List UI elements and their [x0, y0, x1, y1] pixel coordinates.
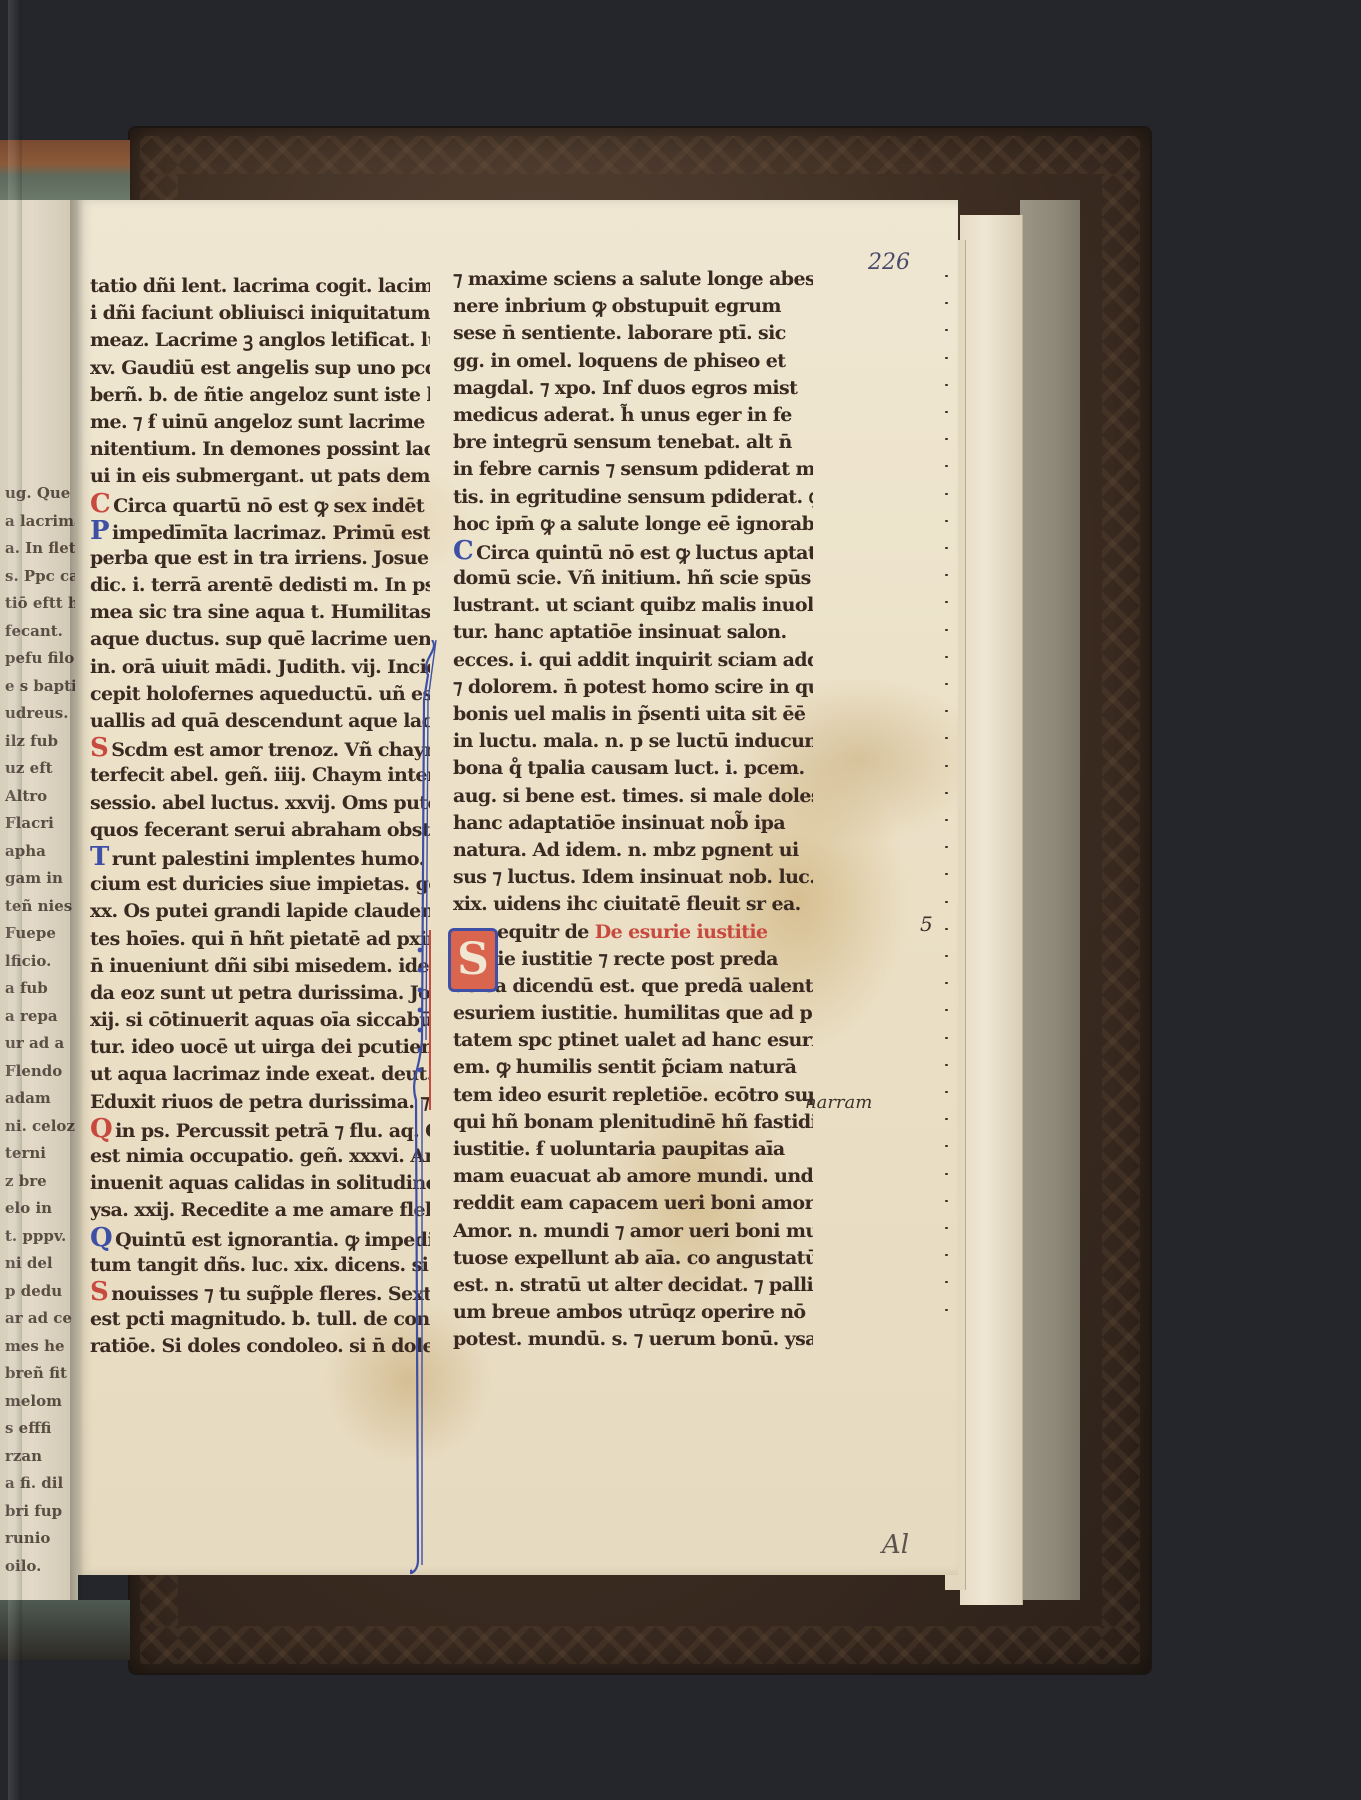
pricking-hole [945, 955, 948, 957]
line-text: qui hñ bonam plenitudinē hñ fastidiū [453, 1111, 813, 1133]
text-line: est pcti magnitudo. b. tull. de conside [90, 1306, 430, 1333]
line-text: gg. in omel. loquens de phiseo et [453, 350, 785, 372]
line-text: Quintū est ignorantia. ꝙ impedimē [115, 1229, 430, 1251]
text-line: ⁊ maxime sciens a salute longe abesse [453, 266, 813, 293]
folio-number: 226 [868, 250, 910, 275]
line-text: tum tangit dñs. luc. xix. dicens. si cog [90, 1254, 430, 1276]
pricking-hole [945, 792, 948, 794]
spine-gutter-shadow [70, 200, 84, 1600]
text-line: tuose expellunt ab aīa. co angustatū [453, 1245, 813, 1272]
line-text: in. orā uiuit mādi. Judith. vij. Incidi [90, 656, 430, 678]
line-text: cepit holofernes aqueductū. uñ est [90, 683, 430, 705]
paragraph-mark-initial: Q [90, 1225, 112, 1252]
text-line: medicus aderat. h̃ unus eger in fe [453, 402, 813, 429]
pricking-hole [945, 1091, 948, 1093]
line-text: tur. ideo uocē ut uirga dei pcutient. [90, 1036, 430, 1058]
rubric-heading: De esurie iustitie [595, 921, 768, 943]
text-line: tes hoīes. qui n̄ hñt pietatē ad pximi [90, 926, 430, 953]
text-line: sese n̄ sentiente. laborare ptī. sic [453, 320, 813, 347]
pricking-hole [945, 683, 948, 685]
line-text: me. ⁊ ẜ uinū angeloz sunt lacrime pe [90, 411, 430, 433]
line-text: Circa quartū nō est ꝙ sex indēt [113, 495, 424, 517]
pricking-hole [945, 1037, 948, 1039]
text-line: lustrant. ut sciant quibz malis inuolua [453, 592, 813, 619]
line-text: impedīmīta lacrimaz. Primū est su [112, 522, 430, 544]
text-line: ratiōe. Si doles condoleo. si n̄ doleo t… [90, 1333, 430, 1360]
line-text: ecces. i. qui addit inquirit sciam addit [453, 649, 813, 671]
paragraph-mark-initial: S [90, 735, 108, 762]
line-text: Eduxit riuos de petra durissima. ⁊ [90, 1091, 429, 1113]
text-column-left: tatio dñi lent. lacrima cogit. lacimei d… [90, 273, 430, 1361]
page-edge-light [960, 215, 1023, 1605]
pricking-hole [945, 357, 948, 359]
pricking-hole [945, 1200, 948, 1202]
line-text: uallis ad quā descendunt aque lacimaz. [90, 710, 430, 732]
text-line: um breue ambos utrūqz operire nō [453, 1299, 813, 1326]
paragraph-mark-initial: C [453, 538, 473, 565]
line-text: nitentium. In demones possint lacime. [90, 438, 430, 460]
line-text: nouisses ⁊ tu sup̃ple fleres. Sextum [111, 1283, 430, 1305]
text-line: esuriem iustitie. humilitas que ad paup [453, 1000, 813, 1027]
text-line: perba que est in tra irriens. Josue. xv.… [90, 545, 430, 572]
text-line: cepit holofernes aqueductū. uñ est [90, 681, 430, 708]
text-line: mea sic tra sine aqua t. Humilitas est q… [90, 599, 430, 626]
text-line: meaz. Lacrime ꝫ anglos letificat. luc. [90, 327, 430, 354]
pricking-hole [945, 1227, 948, 1229]
text-line: aque ductus. sup quē lacrime ueniūt [90, 626, 430, 653]
line-text: mam euacuat ab amore mundi. unde [453, 1165, 813, 1187]
pricking-hole [945, 901, 948, 903]
line-text: ⁊ maxime sciens a salute longe abesse [453, 268, 813, 290]
text-column-right: ⁊ maxime sciens a salute longe abessener… [453, 266, 813, 1354]
text-line: quos fecerant serui abraham obstruxe [90, 817, 430, 844]
text-line: Qin ps. Percussit petrā ⁊ flu. aq. Quart [90, 1116, 430, 1143]
pricking-hole [945, 819, 948, 821]
line-text: um breue ambos utrūqz operire nō [453, 1301, 806, 1323]
text-line: de ea dicendū est. que predā ualent ad [453, 973, 813, 1000]
text-line: in. orā uiuit mādi. Judith. vij. Incidi [90, 654, 430, 681]
line-text: quos fecerant serui abraham obstruxe [90, 819, 430, 841]
text-line: bonis uel malis in p̃senti uita sit ēē [453, 701, 813, 728]
paragraph-mark-initial: T [90, 844, 109, 871]
paragraph-mark-initial: C [90, 491, 110, 518]
text-line: iustitie. ẜ uoluntaria paupitas aīa [453, 1136, 813, 1163]
text-line: natura. Ad idem. n. mbz pgnent ui [453, 837, 813, 864]
text-line: tatem spc ptinet ualet ad hanc esuri [453, 1027, 813, 1054]
line-text: Amor. n. mundi ⁊ amor ueri boni mu [453, 1220, 813, 1242]
line-text: magdal. ⁊ xpo. Inf duos egros mist [453, 377, 797, 399]
line-text: iustitie. ẜ uoluntaria paupitas aīa [453, 1138, 785, 1160]
line-text: de ea dicendū est. que predā ualent ad [453, 975, 813, 997]
text-line: reddit eam capacem ueri boni amoris. [453, 1190, 813, 1217]
paragraph-mark-initial: P [90, 518, 109, 545]
line-text: natura. Ad idem. n. mbz pgnent ui [453, 839, 799, 861]
line-text: dic. i. terrā arentē dedisti m. In ps. a… [90, 574, 430, 596]
pricking-hole [945, 275, 948, 277]
text-line: uallis ad quā descendunt aque lacimaz. [90, 708, 430, 735]
line-text: inuenit aquas calidas in solitudine. [90, 1172, 430, 1194]
text-line: nere inbrium ꝙ obstupuit egrum [453, 293, 813, 320]
pricking-hole [945, 1309, 948, 1311]
text-line: mam euacuat ab amore mundi. unde [453, 1163, 813, 1190]
line-text: hanc adaptatiōe insinuat nob̃ ipa [453, 812, 785, 834]
paragraph-mark-initial: Q [90, 1116, 112, 1143]
penwork-flourish [410, 640, 440, 1580]
text-line: sus ⁊ luctus. Idem insinuat nob. luc. [453, 864, 813, 891]
text-line: sessio. abel luctus. xxvij. Oms puteos [90, 790, 430, 817]
text-line: xx. Os putei grandi lapide clauden [90, 898, 430, 925]
text-line: inuenit aquas calidas in solitudine. [90, 1170, 430, 1197]
pricking-hole [945, 629, 948, 631]
text-line: xv. Gaudiū est angelis sup uno pccore. [90, 355, 430, 382]
text-line: berñ. b. de ñtie angeloz sunt iste lacri [90, 382, 430, 409]
text-line: domū scie. Vñ initium. hñ scie spūs il [453, 565, 813, 592]
pricking-hole [945, 765, 948, 767]
text-line: ecces. i. qui addit inquirit sciam addit [453, 647, 813, 674]
line-text: xix. uidens ihc ciuitatē fleuit sr ea. [453, 893, 801, 915]
line-text: in febre carnis ⁊ sensum pdiderat me [453, 458, 813, 480]
text-line: est. n. stratū ut alter decidat. ⁊ palli [453, 1272, 813, 1299]
line-text: ysa. xxij. Recedite a me amare flebo. [90, 1199, 430, 1221]
text-line: n̄ inueniunt dñi sibi misedem. ideo cor [90, 953, 430, 980]
line-text: Scdm est amor trenoz. Vñ chaym in [111, 739, 430, 761]
text-line: aug. si bene est. times. si male doles. [453, 783, 813, 810]
text-line: Trunt palestini implentes humo. Ter [90, 844, 430, 871]
text-line: tis. in egritudine sensum pdiderat. ꝙ [453, 484, 813, 511]
text-line: terfecit abel. geñ. iiij. Chaym interp̃ … [90, 762, 430, 789]
line-text: potest. mundū. s. ⁊ uerum bonū. ysa. [453, 1328, 813, 1350]
line-text: tatem spc ptinet ualet ad hanc esuri [453, 1029, 813, 1051]
line-text: aug. si bene est. times. si male doles. [453, 785, 813, 807]
line-text: reddit eam capacem ueri boni amoris. [453, 1192, 813, 1214]
line-text: terfecit abel. geñ. iiij. Chaym interp̃ … [90, 764, 430, 786]
pricking-hole [945, 1064, 948, 1066]
line-text: sus ⁊ luctus. Idem insinuat nob. luc. [453, 866, 813, 888]
line-text: equitr de [497, 921, 595, 943]
text-line: QQuintū est ignorantia. ꝙ impedimē [90, 1225, 430, 1252]
line-text: xx. Os putei grandi lapide clauden [90, 900, 430, 922]
line-text: tes hoīes. qui n̄ hñt pietatē ad pximi [90, 928, 430, 950]
text-line: hanc adaptatiōe insinuat nob̃ ipa [453, 810, 813, 837]
line-text: in luctu. mala. n. p se luctū inducunt. [453, 730, 813, 752]
text-line: ut aqua lacrimaz inde exeat. deut. [90, 1061, 430, 1088]
line-text: domū scie. Vñ initium. hñ scie spūs il [453, 567, 813, 589]
text-line: tem ideo esurit repletiōe. ecōtro supbz [453, 1082, 813, 1109]
line-text: in ps. Percussit petrā ⁊ flu. aq. Quart [115, 1120, 430, 1142]
marginal-numeral: 5 [920, 912, 933, 936]
text-line: tur. ideo uocē ut uirga dei pcutient. [90, 1034, 430, 1061]
line-text: ⁊ dolorem. n̄ potest homo scire in quibz [453, 676, 813, 698]
pricking-hole [945, 411, 948, 413]
pricking-hole [945, 656, 948, 658]
line-text: xv. Gaudiū est angelis sup uno pccore. [90, 357, 430, 379]
line-text: runt palestini implentes humo. Ter [112, 848, 430, 870]
line-text: meaz. Lacrime ꝫ anglos letificat. luc. [90, 329, 430, 351]
line-text: tur. hanc aptatiōe insinuat salon. [453, 621, 786, 643]
line-text: sessio. abel luctus. xxvij. Oms puteos [90, 792, 430, 814]
line-text: est nimia occupatio. geñ. xxxvi. Anna [90, 1145, 430, 1167]
text-line: tatio dñi lent. lacrima cogit. lacime [90, 273, 430, 300]
line-text: esurie iustitie ⁊ recte post preda [453, 948, 778, 970]
text-line: CCirca quartū nō est ꝙ sex indēt [90, 491, 430, 518]
line-text: perba que est in tra irriens. Josue. xv.… [90, 547, 430, 569]
text-line: ysa. xxij. Recedite a me amare flebo. [90, 1197, 430, 1224]
pricking-hole [945, 928, 948, 930]
text-line: gg. in omel. loquens de phiseo et [453, 348, 813, 375]
line-text: ratiōe. Si doles condoleo. si n̄ doleo t… [90, 1335, 430, 1357]
glass-clamp-bar [8, 0, 22, 1800]
line-text: lustrant. ut sciant quibz malis inuolua [453, 594, 813, 616]
line-text: xij. si cōtinuerit aquas oīa siccabū [90, 1009, 430, 1031]
text-line: SScdm est amor trenoz. Vñ chaym in [90, 735, 430, 762]
line-text: n̄ inueniunt dñi sibi misedem. ideo cor [90, 955, 430, 977]
line-text: mea sic tra sine aqua t. Humilitas est q… [90, 601, 430, 623]
line-text: cium est duricies siue impietas. geñ. [90, 873, 430, 895]
line-text: est. n. stratū ut alter decidat. ⁊ palli [453, 1274, 813, 1296]
line-text: sese n̄ sentiente. laborare ptī. sic [453, 322, 786, 344]
text-line: da eoz sunt ut petra durissima. Job. [90, 980, 430, 1007]
lower-margin-mark: Al [882, 1530, 909, 1560]
line-text: bre integrū sensum tenebat. alt n̄ [453, 431, 792, 453]
text-line: Amor. n. mundi ⁊ amor ueri boni mu [453, 1218, 813, 1245]
line-text: ut aqua lacrimaz inde exeat. deut. [90, 1063, 430, 1085]
line-text: medicus aderat. h̃ unus eger in fe [453, 404, 792, 426]
marginal-annotation: narram [805, 1092, 872, 1113]
text-line: esurie iustitie ⁊ recte post preda [453, 946, 813, 973]
text-line: qui hñ bonam plenitudinē hñ fastidiū [453, 1109, 813, 1136]
line-text: i dñi faciunt obliuisci iniquitatum [90, 302, 430, 324]
text-line: potest. mundū. s. ⁊ uerum bonū. ysa. [453, 1326, 813, 1353]
text-line: me. ⁊ ẜ uinū angeloz sunt lacrime pe [90, 409, 430, 436]
line-text: est pcti magnitudo. b. tull. de conside [90, 1308, 430, 1330]
text-line: nitentium. In demones possint lacime. [90, 436, 430, 463]
line-text: ui in eis submergant. ut pats dem [90, 465, 430, 487]
text-line: em. ꝙ humilis sentit p̃ciam naturā [453, 1054, 813, 1081]
text-line: CCirca quintū nō est ꝙ luctus aptat [453, 538, 813, 565]
line-text: berñ. b. de ñtie angeloz sunt iste lacri [90, 384, 430, 406]
text-line: magdal. ⁊ xpo. Inf duos egros mist [453, 375, 813, 402]
line-text: bonis uel malis in p̃senti uita sit ēē [453, 703, 805, 725]
text-line: bona q̊ tpalia causam luct. i. pcem. [453, 755, 813, 782]
decorated-initial-s: S [448, 928, 498, 992]
line-text: tis. in egritudine sensum pdiderat. ꝙ [453, 486, 813, 508]
pricking-hole [945, 384, 948, 386]
text-line: i dñi faciunt obliuisci iniquitatum [90, 300, 430, 327]
text-line: dic. i. terrā arentē dedisti m. In ps. a… [90, 572, 430, 599]
line-text: tem ideo esurit repletiōe. ecōtro supbz [453, 1084, 813, 1106]
pricking-hole [945, 493, 948, 495]
line-text: tatio dñi lent. lacrima cogit. lacime [90, 275, 430, 297]
text-line: xij. si cōtinuerit aquas oīa siccabū [90, 1007, 430, 1034]
text-line: Snouisses ⁊ tu sup̃ple fleres. Sextum [90, 1279, 430, 1306]
text-line: est nimia occupatio. geñ. xxxvi. Anna [90, 1143, 430, 1170]
text-line: ui in eis submergant. ut pats dem [90, 463, 430, 490]
text-line: cium est duricies siue impietas. geñ. [90, 871, 430, 898]
line-text: esuriem iustitie. humilitas que ad paup [453, 1002, 813, 1024]
line-text: em. ꝙ humilis sentit p̃ciam naturā [453, 1056, 796, 1078]
text-line: equitr de De esurie iustitie [453, 919, 813, 946]
text-line: xix. uidens ihc ciuitatē fleuit sr ea. [453, 891, 813, 918]
text-line: hoc ipm̄ ꝙ a salute longe eē ignorabat. [453, 511, 813, 538]
text-line: tur. hanc aptatiōe insinuat salon. [453, 619, 813, 646]
line-text: Circa quintū nō est ꝙ luctus aptat [476, 542, 813, 564]
text-line: in luctu. mala. n. p se luctū inducunt. [453, 728, 813, 755]
pricking-hole [945, 547, 948, 549]
page-edge-stack [1020, 200, 1080, 1600]
line-text: aque ductus. sup quē lacrime ueniūt [90, 628, 430, 650]
pricking-hole [945, 520, 948, 522]
pricking-hole [945, 1173, 948, 1175]
text-line: tum tangit dñs. luc. xix. dicens. si cog [90, 1252, 430, 1279]
paragraph-mark-initial: S [90, 1279, 108, 1306]
text-line: ⁊ dolorem. n̄ potest homo scire in quibz [453, 674, 813, 701]
text-line: Pimpedīmīta lacrimaz. Primū est su [90, 518, 430, 545]
text-line: bre integrū sensum tenebat. alt n̄ [453, 429, 813, 456]
text-line: in febre carnis ⁊ sensum pdiderat me [453, 456, 813, 483]
line-text: nere inbrium ꝙ obstupuit egrum [453, 295, 781, 317]
line-text: hoc ipm̄ ꝙ a salute longe eē ignorabat. [453, 513, 813, 535]
text-line: Eduxit riuos de petra durissima. ⁊ [90, 1089, 430, 1116]
line-text: bona q̊ tpalia causam luct. i. pcem. [453, 757, 804, 779]
line-text: tuose expellunt ab aīa. co angustatū [453, 1247, 813, 1269]
line-text: da eoz sunt ut petra durissima. Job. [90, 982, 430, 1004]
